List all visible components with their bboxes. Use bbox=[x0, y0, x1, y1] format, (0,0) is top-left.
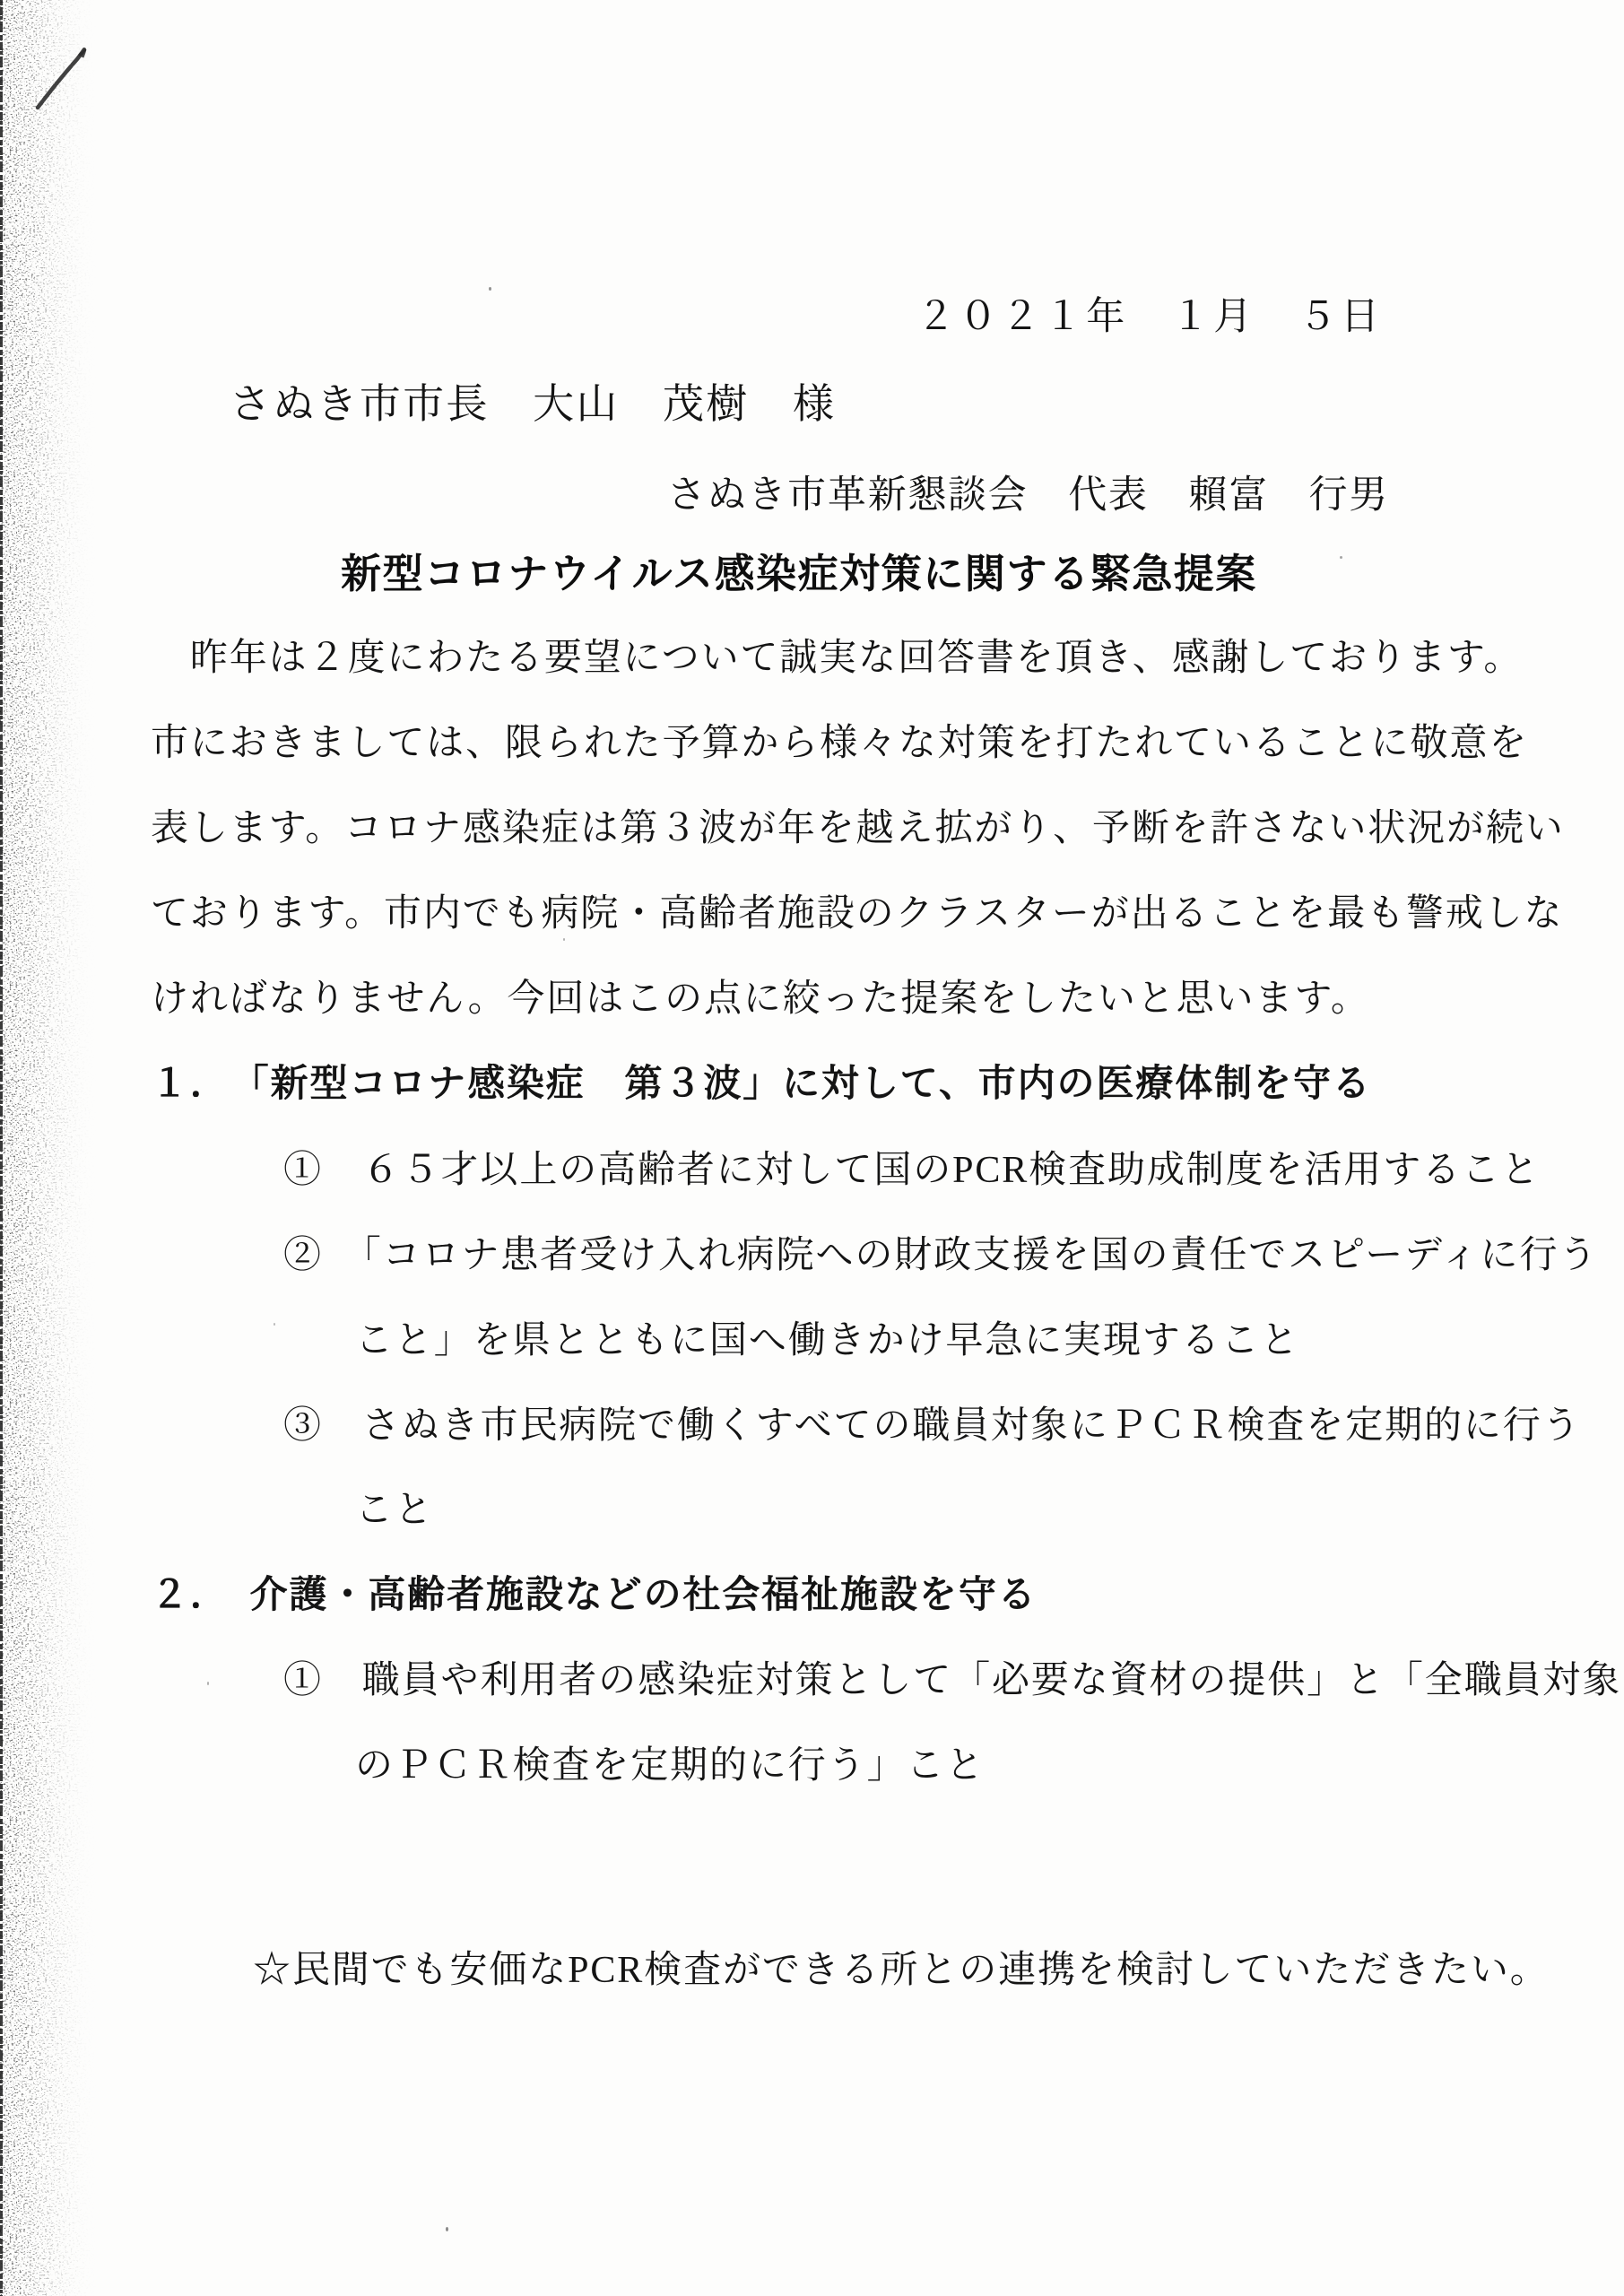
intro-paragraph-line: 昨年は２度にわたる要望について誠実な回答書を頂き、感謝しております。 bbox=[151, 639, 1523, 677]
section1-item3-line1: ③ さぬき市民病院で働くすべての職員対象にＰＣＲ検査を定期的に行う bbox=[283, 1407, 1582, 1445]
footnote-line: ☆民間でも安価なPCR検査ができる所との連携を検討していただきたい。 bbox=[253, 1952, 1550, 1989]
section1-item2-line1: ② 「コロナ患者受け入れ病院への財政支援を国の責任でスピーディに行う bbox=[283, 1237, 1598, 1274]
scan-speck bbox=[446, 2227, 448, 2231]
pen-mark bbox=[0, 0, 126, 143]
section1-item1: ① ６５才以上の高齢者に対して国のPCR検査助成制度を活用すること bbox=[283, 1152, 1541, 1189]
scan-speck bbox=[1340, 556, 1342, 559]
recipient-line: さぬき市市長 大山 茂樹 様 bbox=[230, 384, 836, 425]
document-title: 新型コロナウイルス感染症対策に関する緊急提案 bbox=[341, 554, 1257, 595]
scan-speck bbox=[489, 287, 491, 291]
scan-speck bbox=[274, 1323, 275, 1326]
intro-paragraph-line: ております。市内でも病院・高齢者施設のクラスターが出ることを最も警戒しな bbox=[151, 895, 1563, 933]
section1-heading: １． 「新型コロナ感染症 第３波」に対して、市内の医療体制を守る bbox=[151, 1065, 1372, 1103]
section2-heading: ２． 介護・高齢者施設などの社会福祉施設を守る bbox=[151, 1577, 1037, 1614]
section1-item3-line2: こと bbox=[355, 1492, 434, 1529]
scanned-letter-page: ２０２１年 １月 ５日 さぬき市市長 大山 茂樹 様 さぬき市革新懇談会 代表 … bbox=[0, 0, 1624, 2296]
intro-paragraph-line: 市におきましては、限られた予算から様々な対策を打たれていることに敬意を bbox=[151, 725, 1528, 762]
scan-speck bbox=[563, 938, 565, 941]
sender-line: さぬき市革新懇談会 代表 賴富 行男 bbox=[667, 476, 1389, 515]
intro-paragraph-line: 表します。コロナ感染症は第３波が年を越え拡がり、予断を許さない状況が続い bbox=[151, 810, 1565, 848]
scan-noise-left-edge bbox=[0, 0, 99, 2296]
scan-speck bbox=[207, 1682, 209, 1685]
date-line: ２０２１年 １月 ５日 bbox=[916, 298, 1383, 336]
intro-paragraph-line: ければなりません。今回はこの点に絞った提案をしたいと思います。 bbox=[151, 980, 1370, 1018]
section1-item2-line2: こと」を県とともに国へ働きかけ早急に実現すること bbox=[355, 1322, 1299, 1360]
section2-item1-line2: のＰＣＲ検査を定期的に行う」こと bbox=[355, 1747, 985, 1785]
section2-item1-line1: ① 職員や利用者の感染症対策として「必要な資材の提供」と「全職員対象 bbox=[283, 1662, 1621, 1700]
